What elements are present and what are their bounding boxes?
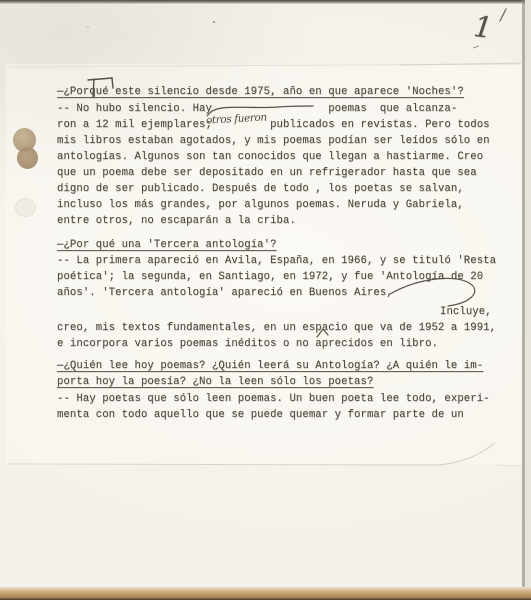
handwritten-page-number: 1 bbox=[466, 8, 500, 45]
typescript-line: creo, mis textos fundamentales, en un es… bbox=[57, 322, 496, 335]
typescript-line: digno de ser publicado. Después de todo … bbox=[57, 183, 464, 196]
paper-speck bbox=[87, 26, 89, 28]
typescript-line: Incluye, bbox=[440, 306, 492, 319]
scan-right-margin bbox=[525, 0, 531, 600]
typescript-line: menta con todo aquello que se puede quem… bbox=[57, 409, 464, 422]
paper-speck bbox=[213, 21, 215, 23]
typescript-line: antologías. Algunos son tan conocidos qu… bbox=[57, 151, 483, 164]
typescript-line: —¿Por qué una 'Tercera antología'? bbox=[57, 239, 277, 252]
stain-spot bbox=[17, 147, 38, 169]
scanned-document-page: —¿Porqué este silencio desde 1975, año e… bbox=[0, 0, 531, 600]
scan-right-edge bbox=[522, 0, 525, 600]
typescript-line: entre otros, no escaparán a la criba. bbox=[57, 215, 296, 228]
handwritten-smudge bbox=[473, 46, 479, 48]
typescript-line: -- La primera apareció en Avila, España,… bbox=[57, 255, 496, 268]
typescript-line: —¿Quién lee hoy poemas? ¿Quién leerá su … bbox=[57, 360, 483, 373]
typescript-line: que un poema debe ser depositado en un r… bbox=[57, 167, 477, 180]
typescript-line: porta hoy la poesía? ¿No la leen sólo lo… bbox=[57, 376, 373, 389]
typescript-line: ron a 12 mil ejemplares; publicados en r… bbox=[57, 119, 490, 132]
sheet-bottom-edge bbox=[495, 465, 521, 466]
faint-stain-ring bbox=[15, 198, 36, 217]
typescript-line: e incorpora varios poemas inéditos o no … bbox=[57, 338, 438, 351]
scan-bottom-edge bbox=[0, 587, 531, 600]
typescript-line: —¿Porqué este silencio desde 1975, año e… bbox=[57, 86, 464, 99]
typescript-line: poética'; la segunda, en Santiago, en 19… bbox=[57, 271, 483, 284]
typescript-line: mis libros estaban agotados, y mis poema… bbox=[57, 135, 490, 148]
typescript-line: años'. 'Tercera antología' apareció en B… bbox=[57, 287, 393, 300]
typescript-line: -- Hay poetas que sólo leen poemas. Un b… bbox=[57, 393, 490, 406]
handwritten-tick-mark bbox=[500, 9, 506, 21]
typescript-line: incluso los más grandes, por algunos poe… bbox=[57, 199, 464, 212]
scan-top-edge bbox=[0, 0, 531, 4]
